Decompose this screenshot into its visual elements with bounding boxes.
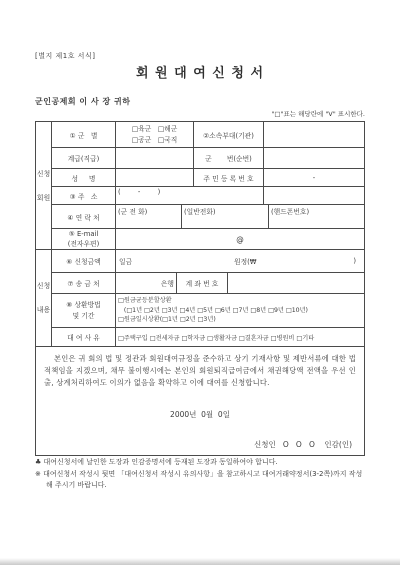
amount-currency: 원정(₩: [234, 256, 257, 266]
member-section-label: 신청 회원: [36, 122, 52, 249]
amount-label: ⑥ 신청금액: [52, 250, 116, 272]
request-section: 신청 내용 ⑥ 신청금액 일금 원정(₩ ) ⑦ 송 금 처 은행 계 좌 번 …: [36, 250, 364, 347]
branch-checkboxes: □육군 □해군 □공군 □국직: [116, 122, 194, 147]
address-extra-field: [264, 187, 364, 204]
amount-prefix: 일금: [119, 256, 132, 266]
email-label: ⑤ E-mail (전자우편): [52, 229, 116, 249]
repayment-label: ⑧ 상환방법 및 기간: [52, 294, 116, 327]
checkbox-instruction-note: "□"표는 해당란에 "V" 표시한다.: [271, 109, 365, 118]
applicant-signature-line: 신청인 O O O 인감(인): [254, 439, 352, 450]
row-name: 성 명 주 민 등 록 번 호 -: [52, 169, 364, 187]
rank-value-field: [116, 148, 194, 168]
name-value-field: [116, 169, 194, 186]
row-repayment: ⑧ 상환방법 및 기간 □원금균등분할상환 (□1년 □2년 □3년 □4년 □…: [52, 294, 364, 328]
application-form-table: 신청 회원 ① 군 별 □육군 □해군 □공군 □국직 ②소속부대(기관) 계급…: [35, 121, 365, 456]
scanned-form-page: [별지 제1호 서식] 회 원 대 여 신 청 서 군인공제회 이 사 장 귀하…: [0, 0, 400, 565]
email-value-field: @: [116, 229, 364, 249]
row-loan-reason: 대 여 사 유 □주택구입 □전세자금 □학자금 □생활자금 □결혼자금 □병원…: [52, 328, 364, 346]
address-value-field: ( - ): [116, 187, 264, 204]
service-number-label: 군 번(순번): [194, 148, 264, 168]
addressee-line: 군인공제회 이 사 장 귀하: [35, 96, 130, 107]
bank-name-field: 은행: [116, 273, 177, 293]
row-contact: ④ 연 락 처 (군 전 화) (일반전화) (핸드폰번호): [52, 205, 364, 229]
row-rank: 계급(직급) 군 번(순번): [52, 148, 364, 169]
member-section-label-bottom: 회원: [37, 193, 51, 203]
contact-mobile-field: (핸드폰번호): [269, 205, 364, 228]
row-remittance: ⑦ 송 금 처 은행 계 좌 번 호: [52, 273, 364, 294]
account-number-value-field: [228, 273, 364, 293]
loan-reason-label: 대 여 사 유: [52, 328, 116, 346]
declaration-text: 본인은 귀 회의 법 및 정관과 회원대여규정을 준수하고 상기 기재사항 및 …: [44, 353, 356, 389]
member-section-label-top: 신청: [37, 169, 51, 179]
branch-label: ① 군 별: [52, 122, 116, 147]
loan-reason-checkboxes: □주택구입 □전세자금 □학자금 □생활자금 □결혼자금 □병원비 □기타: [116, 328, 364, 346]
page-title: 회 원 대 여 신 청 서: [0, 62, 400, 81]
contact-general-phone-field: (일반전화): [182, 205, 269, 228]
repayment-option-equal-installments: □원금균등분할상환: [118, 296, 172, 306]
repayment-term-checkboxes: (□1년 □2년 □3년 □4년 □5년 □6년 □7년 □8년 □9년 □10…: [118, 306, 308, 316]
rank-label: 계급(직급): [52, 148, 116, 168]
footnote-seal-match: ♣ 대여신청서에 날인한 도장과 인감증명서에 등재된 도장과 동일하여야 합니…: [35, 457, 368, 469]
contact-label: ④ 연 락 처: [52, 205, 116, 228]
amount-value-field: 일금 원정(₩ ): [116, 250, 364, 272]
declaration-block: 본인은 귀 회의 법 및 정관과 회원대여규정을 준수하고 상기 기재사항 및 …: [36, 347, 364, 455]
service-number-value-field: [264, 148, 364, 168]
unit-value-field: [264, 122, 364, 147]
repayment-label-line2: 및 기간: [73, 311, 95, 321]
name-label: 성 명: [52, 169, 116, 186]
row-email: ⑤ E-mail (전자우편) @: [52, 229, 364, 249]
resident-number-value-field: -: [264, 169, 364, 186]
email-label-line2: (전자우편): [68, 239, 100, 249]
footnotes: ♣ 대여신청서에 날인한 도장과 인감증명서에 등재된 도장과 동일하여야 합니…: [35, 457, 368, 492]
request-section-label-bottom: 내용: [37, 305, 51, 315]
row-military-branch: ① 군 별 □육군 □해군 □공군 □국직 ②소속부대(기관): [52, 122, 364, 148]
request-section-label: 신청 내용: [36, 250, 52, 346]
branch-options-line1: □육군 □해군: [132, 124, 178, 134]
contact-military-phone-field: (군 전 화): [116, 205, 182, 228]
request-section-label-top: 신청: [37, 281, 51, 291]
scan-edge-artifact: [0, 558, 400, 565]
account-number-label: 계 좌 번 호: [177, 273, 228, 293]
email-label-line1: ⑤ E-mail: [69, 229, 99, 239]
footnote-instructions: ※ 대여신청서 작성시 뒷면 「대여신청서 작성시 유의사항」을 참고하시고 대…: [35, 469, 368, 492]
member-section: 신청 회원 ① 군 별 □육군 □해군 □공군 □국직 ②소속부대(기관) 계급…: [36, 122, 364, 250]
form-number-note: [별지 제1호 서식]: [35, 51, 95, 61]
row-amount: ⑥ 신청금액 일금 원정(₩ ): [52, 250, 364, 273]
remittance-label: ⑦ 송 금 처: [52, 273, 116, 293]
address-label: ③ 주 소: [52, 187, 116, 204]
unit-label: ②소속부대(기관): [194, 122, 264, 147]
branch-options-line2: □공군 □국직: [132, 135, 178, 145]
repayment-option-lump-sum: □원금일시상환(□1년 □2년 □3년): [118, 315, 216, 325]
repayment-options: □원금균등분할상환 (□1년 □2년 □3년 □4년 □5년 □6년 □7년 □…: [116, 294, 364, 327]
repayment-label-line1: ⑧ 상환방법: [66, 300, 101, 310]
amount-close-paren: ): [353, 257, 356, 265]
resident-number-label: 주 민 등 록 번 호: [194, 169, 264, 186]
row-address: ③ 주 소 ( - ): [52, 187, 364, 205]
declaration-date: 2000년 0월 0일: [36, 409, 364, 420]
